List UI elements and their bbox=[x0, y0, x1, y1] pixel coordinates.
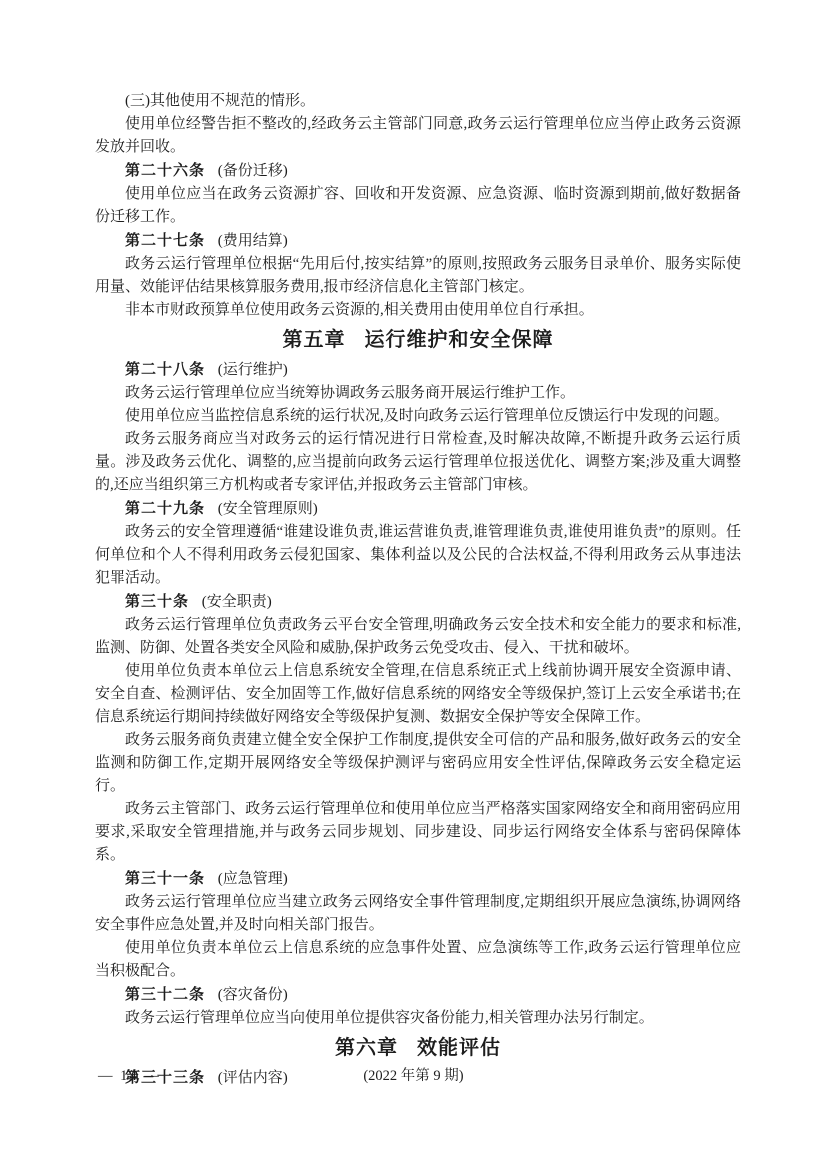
article-number: 第二十六条 bbox=[125, 162, 205, 179]
article-number: 第二十九条 bbox=[125, 500, 205, 517]
paragraph: 政务云服务商应当对政务云的运行情况进行日常检查,及时解决故障,不断提升政务云运行… bbox=[95, 428, 741, 497]
article-heading: 第三十一条(应急管理) bbox=[95, 867, 741, 891]
article-heading: 第三十二条(容灾备份) bbox=[95, 983, 741, 1007]
paragraph: 政务云运行管理单位应当建立政务云网络安全事件管理制度,定期组织开展应急演练,协调… bbox=[95, 891, 741, 937]
article-number: 第二十七条 bbox=[125, 232, 205, 249]
paragraph: 政务云运行管理单位根据“先用后付,按实结算”的原则,按照政务云服务目录单价、服务… bbox=[95, 253, 741, 299]
paragraph: 使用单位应当在政务云资源扩容、回收和开发资源、应急资源、临时资源到期前,做好数据… bbox=[95, 183, 741, 229]
article-title: (应急管理) bbox=[218, 871, 288, 887]
article-heading: 第二十六条(备份迁移) bbox=[95, 159, 741, 183]
paragraph: 政务云运行管理单位负责政务云平台安全管理,明确政务云安全技术和安全能力的要求和标… bbox=[95, 614, 741, 660]
page-footer: — 14 — (2022 年第 9 期) bbox=[0, 1064, 827, 1088]
issue-label: (2022 年第 9 期) bbox=[0, 1064, 827, 1088]
paragraph: 非本市财政预算单位使用政务云资源的,相关费用由使用单位自行承担。 bbox=[95, 299, 741, 322]
paragraph: 使用单位经警告拒不整改的,经政务云主管部门同意,政务云运行管理单位应当停止政务云… bbox=[95, 113, 741, 159]
article-heading: 第二十九条(安全管理原则) bbox=[95, 497, 741, 521]
article-title: (运行维护) bbox=[218, 362, 288, 378]
paragraph: 政务云运行管理单位应当统筹协调政务云服务商开展运行维护工作。 bbox=[95, 382, 741, 405]
article-title: (备份迁移) bbox=[218, 163, 288, 179]
paragraph: 政务云运行管理单位应当向使用单位提供容灾备份能力,相关管理办法另行制定。 bbox=[95, 1007, 741, 1030]
document-content: (三)其他使用不规范的情形。使用单位经警告拒不整改的,经政务云主管部门同意,政务… bbox=[95, 90, 741, 1090]
chapter-heading: 第五章运行维护和安全保障 bbox=[95, 326, 741, 354]
article-title: (容灾备份) bbox=[218, 987, 288, 1003]
article-title: (费用结算) bbox=[218, 233, 288, 249]
article-heading: 第二十八条(运行维护) bbox=[95, 358, 741, 382]
article-number: 第二十八条 bbox=[125, 361, 205, 378]
paragraph: (三)其他使用不规范的情形。 bbox=[95, 90, 741, 113]
paragraph: 使用单位负责本单位云上信息系统的应急事件处置、应急演练等工作,政务云运行管理单位… bbox=[95, 937, 741, 983]
article-heading: 第二十七条(费用结算) bbox=[95, 229, 741, 253]
article-number: 第三十二条 bbox=[125, 986, 205, 1003]
paragraph: 政务云的安全管理遵循“谁建设谁负责,谁运营谁负责,谁管理谁负责,谁使用谁负责”的… bbox=[95, 521, 741, 590]
article-title: (安全职责) bbox=[202, 594, 272, 610]
article-number: 第三十条 bbox=[125, 593, 189, 610]
article-heading: 第三十条(安全职责) bbox=[95, 590, 741, 614]
paragraph: 政务云服务商负责建立健全安全保护工作制度,提供安全可信的产品和服务,做好政务云的… bbox=[95, 729, 741, 798]
article-title: (安全管理原则) bbox=[218, 501, 318, 517]
chapter-heading: 第六章效能评估 bbox=[95, 1034, 741, 1062]
document-page: (三)其他使用不规范的情形。使用单位经警告拒不整改的,经政务云主管部门同意,政务… bbox=[0, 0, 827, 1170]
chapter-number: 第六章 bbox=[335, 1037, 398, 1059]
chapter-title: 效能评估 bbox=[417, 1037, 501, 1059]
paragraph: 使用单位应当监控信息系统的运行状况,及时向政务云运行管理单位反馈运行中发现的问题… bbox=[95, 405, 741, 428]
article-number: 第三十一条 bbox=[125, 870, 205, 887]
chapter-number: 第五章 bbox=[283, 329, 346, 351]
paragraph: 政务云主管部门、政务云运行管理单位和使用单位应当严格落实国家网络安全和商用密码应… bbox=[95, 798, 741, 867]
paragraph: 使用单位负责本单位云上信息系统安全管理,在信息系统正式上线前协调开展安全资源申请… bbox=[95, 660, 741, 729]
chapter-title: 运行维护和安全保障 bbox=[365, 329, 554, 351]
